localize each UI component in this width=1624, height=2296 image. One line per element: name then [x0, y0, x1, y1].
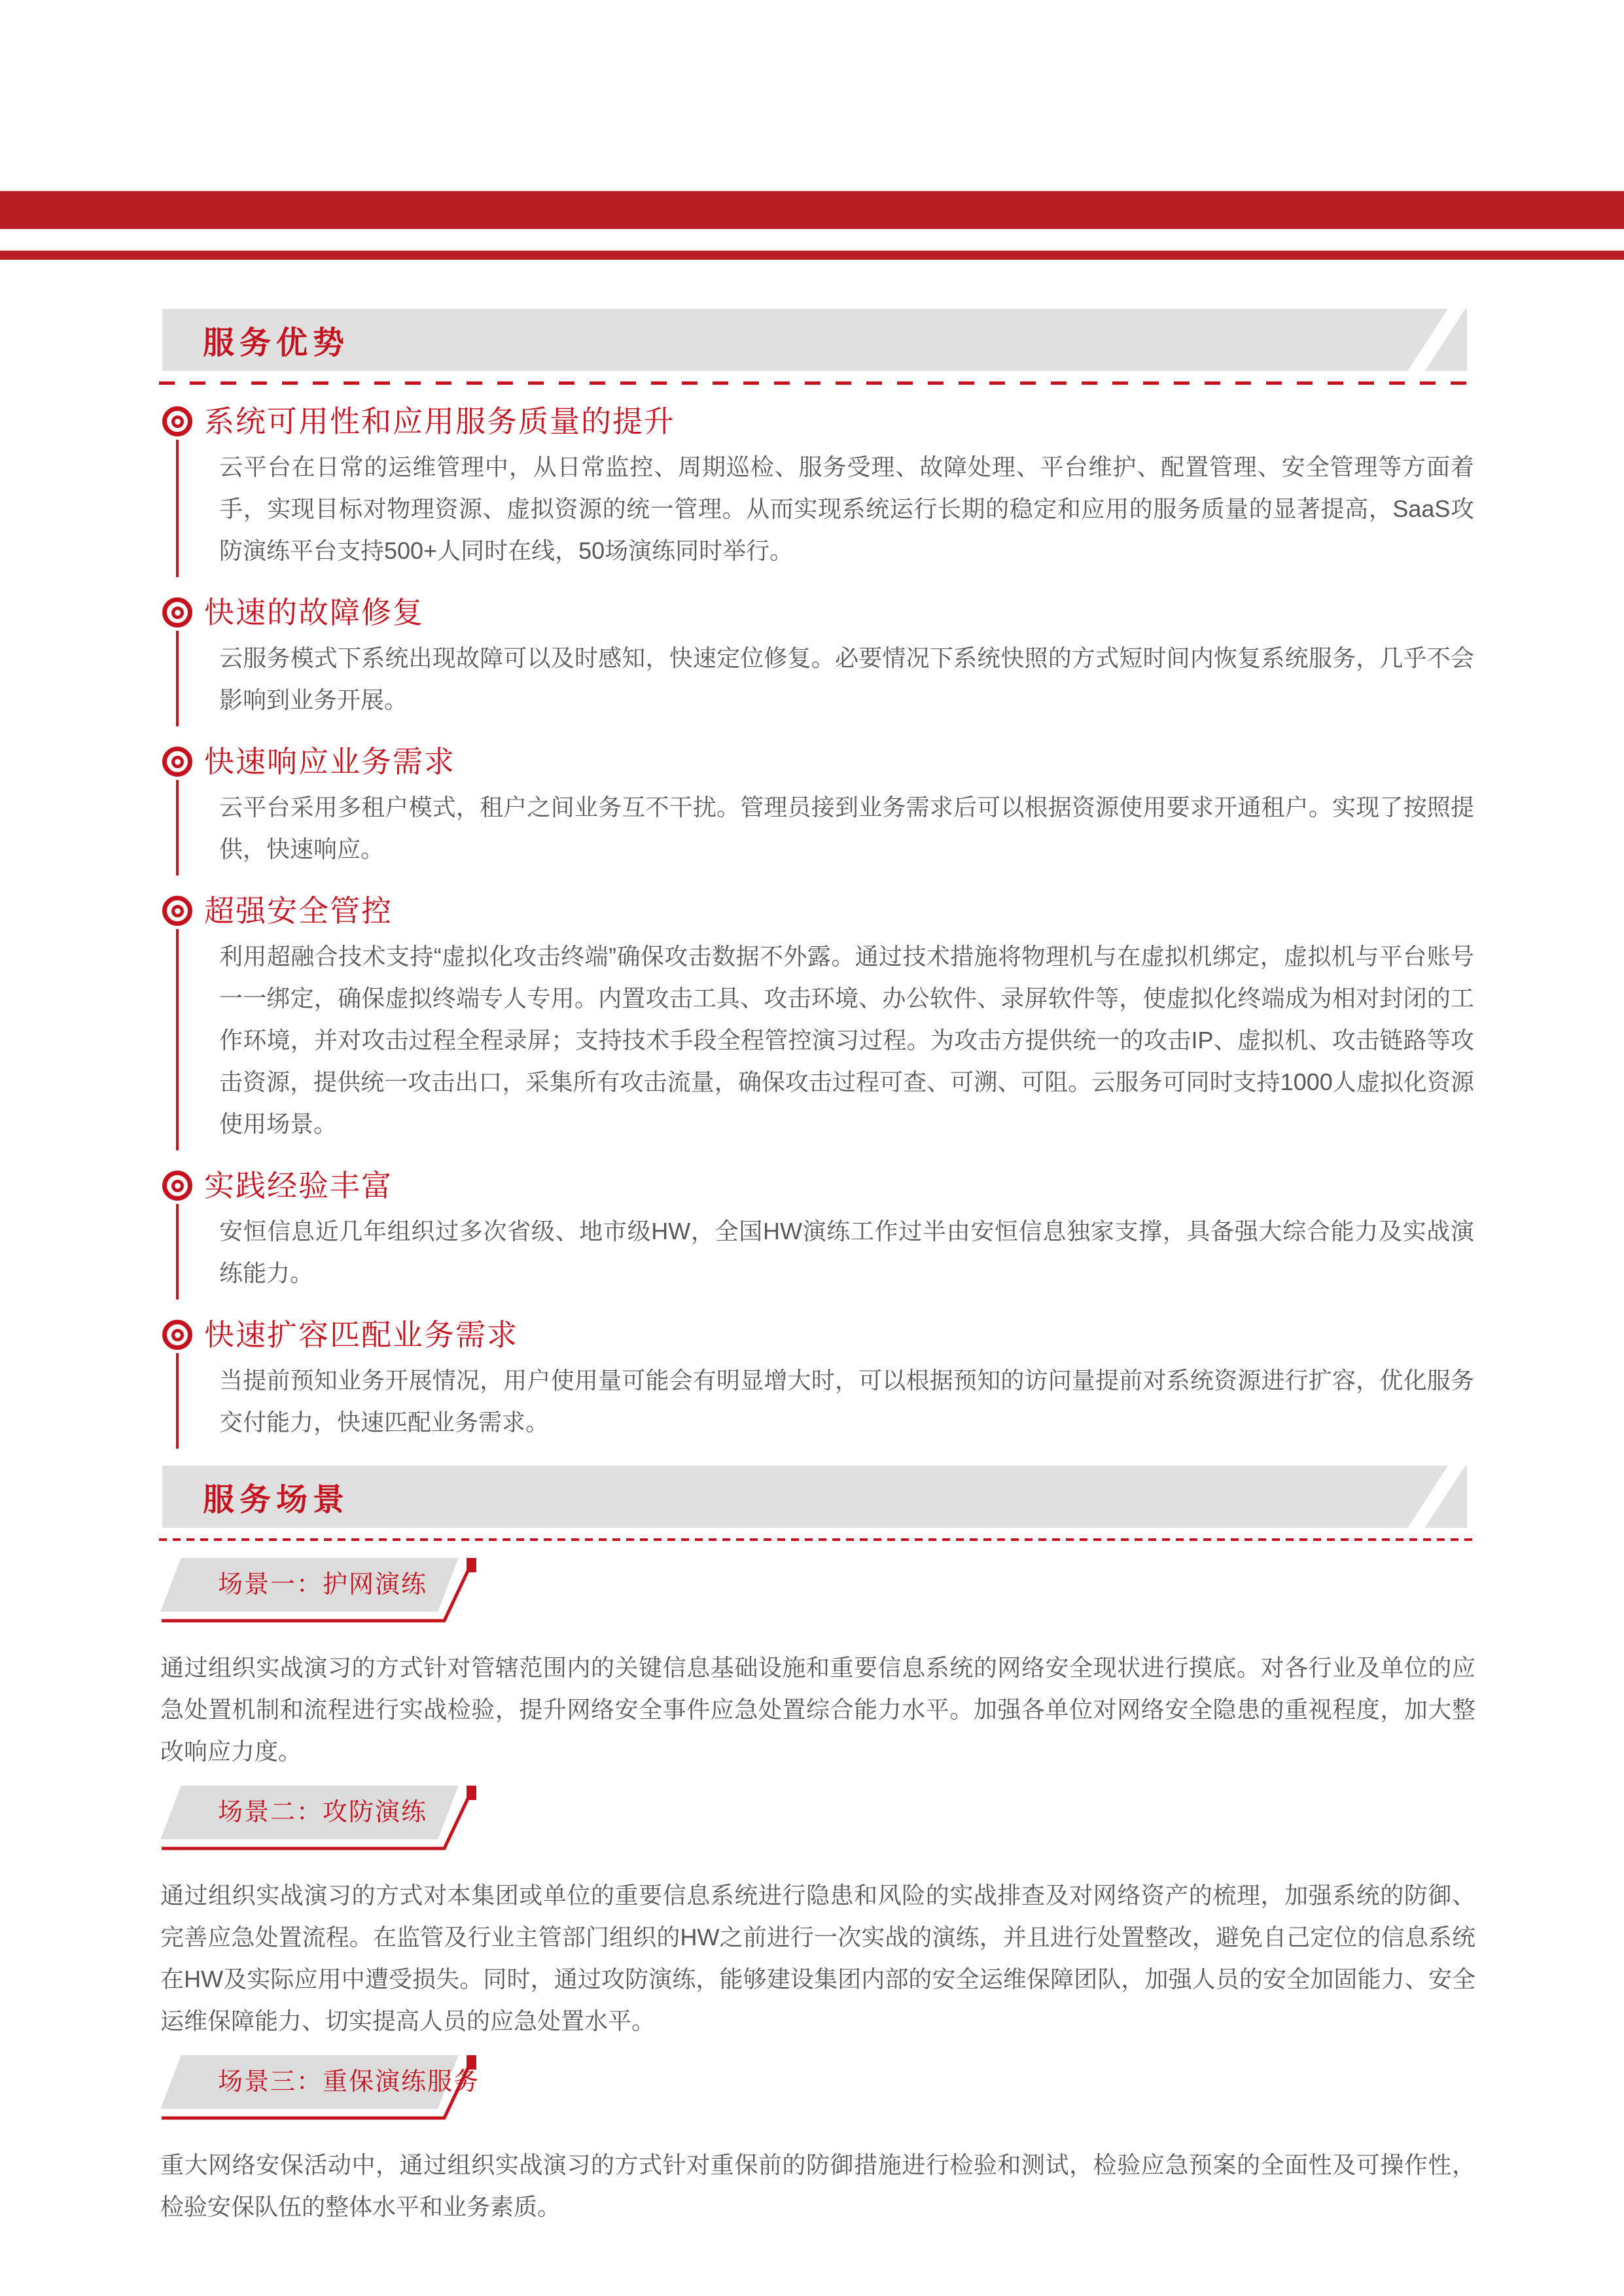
scenario-ribbon: 场景一：护网演练 — [160, 1558, 1475, 1623]
page-content: 服务优势 系统可用性和应用服务质量的提升 云平台在日常的运维管理中，从日常监控、… — [0, 309, 1624, 2228]
brochure-page: 服务优势 系统可用性和应用服务质量的提升 云平台在日常的运维管理中，从日常监控、… — [0, 0, 1624, 2296]
bullseye-icon — [162, 896, 192, 926]
scenario-body: 重大网络安保活动中，通过组织实战演习的方式针对重保前的防御措施进行检验和测试，检… — [160, 2144, 1475, 2228]
advantage-heading: 快速响应业务需求 — [204, 745, 455, 779]
advantage-heading-row: 超强安全管控 — [162, 894, 1476, 928]
advantage-item: 快速响应业务需求 云平台采用多租户模式，租户之间业务互不干扰。管理员接到业务需求… — [162, 745, 1476, 875]
dashed-divider-fine — [159, 1538, 1473, 1541]
advantage-paragraph: 云平台采用多租户模式，租户之间业务互不干扰。管理员接到业务需求后可以根据资源使用… — [219, 786, 1474, 870]
scenario-title: 场景一：护网演练 — [218, 1558, 427, 1612]
advantage-heading: 超强安全管控 — [204, 894, 393, 928]
scenario-item: 场景一：护网演练 通过组织实战演习的方式针对管辖范围内的关键信息基础设施和重要信… — [160, 1558, 1475, 1773]
bullseye-icon — [162, 1320, 192, 1350]
scenario-paragraph: 通过组织实战演习的方式针对管辖范围内的关键信息基础设施和重要信息系统的网络安全现… — [160, 1647, 1475, 1773]
bullseye-icon — [162, 597, 192, 627]
advantage-heading: 系统可用性和应用服务质量的提升 — [204, 404, 675, 438]
top-accent-bar-thick — [0, 191, 1624, 229]
advantage-paragraph: 安恒信息近几年组织过多次省级、地市级HW，全国HW演练工作过半由安恒信息独家支撑… — [219, 1210, 1474, 1294]
advantage-item: 超强安全管控 利用超融合技术支持“虚拟化攻击终端”确保攻击数据不外露。通过技术措… — [162, 894, 1476, 1150]
slash-decoration — [1407, 309, 1466, 371]
advantage-item: 实践经验丰富 安恒信息近几年组织过多次省级、地市级HW，全国HW演练工作过半由安… — [162, 1169, 1476, 1299]
advantage-paragraph: 利用超融合技术支持“虚拟化攻击终端”确保攻击数据不外露。通过技术措施将物理机与在… — [219, 936, 1474, 1145]
advantage-body: 云平台采用多租户模式，租户之间业务互不干扰。管理员接到业务需求后可以根据资源使用… — [176, 780, 1474, 875]
section-title: 服务场景 — [162, 1474, 349, 1519]
advantage-item: 快速扩容匹配业务需求 当提前预知业务开展情况，用户使用量可能会有明显增大时，可以… — [162, 1318, 1476, 1449]
advantage-heading-row: 快速响应业务需求 — [162, 745, 1476, 779]
bullseye-icon — [162, 747, 192, 777]
advantage-heading-row: 快速的故障修复 — [162, 595, 1476, 629]
bullseye-core-icon — [171, 607, 184, 619]
advantage-body: 当提前预知业务开展情况，用户使用量可能会有明显增大时，可以根据预知的访问量提前对… — [176, 1353, 1474, 1449]
scenario-title: 场景二：攻防演练 — [218, 1786, 427, 1839]
advantage-paragraph: 云平台在日常的运维管理中，从日常监控、周期巡检、服务受理、故障处理、平台维护、配… — [219, 446, 1474, 572]
section-banner-advantages: 服务优势 — [162, 309, 1467, 371]
bullseye-core-icon — [171, 415, 184, 428]
advantage-heading-row: 实践经验丰富 — [162, 1169, 1476, 1203]
scenario-item: 场景二：攻防演练 通过组织实战演习的方式对本集团或单位的重要信息系统进行隐患和风… — [160, 1786, 1475, 2042]
advantage-heading-row: 快速扩容匹配业务需求 — [162, 1318, 1476, 1352]
scenario-body: 通过组织实战演习的方式对本集团或单位的重要信息系统进行隐患和风险的实战排查及对网… — [160, 1875, 1475, 2042]
bullseye-core-icon — [171, 756, 184, 768]
bullseye-icon — [162, 406, 192, 436]
advantage-body: 云服务模式下系统出现故障可以及时感知，快速定位修复。必要情况下系统快照的方式短时… — [176, 631, 1474, 726]
bullseye-icon — [162, 1171, 192, 1201]
bullseye-core-icon — [171, 1180, 184, 1192]
advantage-heading: 快速的故障修复 — [204, 595, 424, 629]
top-accent-bar-thin — [0, 251, 1624, 260]
advantage-item: 系统可用性和应用服务质量的提升 云平台在日常的运维管理中，从日常监控、周期巡检、… — [162, 404, 1476, 577]
scenario-item: 场景三：重保演练服务 重大网络安保活动中，通过组织实战演习的方式针对重保前的防御… — [160, 2055, 1475, 2228]
advantage-item: 快速的故障修复 云服务模式下系统出现故障可以及时感知，快速定位修复。必要情况下系… — [162, 595, 1476, 726]
advantage-heading: 快速扩容匹配业务需求 — [204, 1318, 518, 1352]
scenario-paragraph: 通过组织实战演习的方式对本集团或单位的重要信息系统进行隐患和风险的实战排查及对网… — [160, 1875, 1475, 2042]
advantage-heading: 实践经验丰富 — [204, 1169, 393, 1203]
scenario-title: 场景三：重保演练服务 — [218, 2055, 480, 2109]
section-title: 服务优势 — [162, 317, 349, 362]
bullseye-core-icon — [171, 905, 184, 917]
advantage-body: 利用超融合技术支持“虚拟化攻击终端”确保攻击数据不外露。通过技术措施将物理机与在… — [176, 929, 1474, 1150]
scenario-paragraph: 重大网络安保活动中，通过组织实战演习的方式针对重保前的防御措施进行检验和测试，检… — [160, 2144, 1475, 2228]
slash-decoration — [1407, 1466, 1466, 1528]
scenario-ribbon: 场景二：攻防演练 — [160, 1786, 1475, 1851]
scenario-ribbon: 场景三：重保演练服务 — [160, 2055, 1475, 2121]
advantage-body: 云平台在日常的运维管理中，从日常监控、周期巡检、服务受理、故障处理、平台维护、配… — [176, 440, 1474, 577]
scenario-body: 通过组织实战演习的方式针对管辖范围内的关键信息基础设施和重要信息系统的网络安全现… — [160, 1647, 1475, 1773]
advantage-body: 安恒信息近几年组织过多次省级、地市级HW，全国HW演练工作过半由安恒信息独家支撑… — [176, 1204, 1474, 1299]
bullseye-core-icon — [171, 1329, 184, 1341]
advantage-heading-row: 系统可用性和应用服务质量的提升 — [162, 404, 1476, 438]
dashed-divider — [159, 381, 1473, 385]
advantage-paragraph: 云服务模式下系统出现故障可以及时感知，快速定位修复。必要情况下系统快照的方式短时… — [219, 637, 1474, 721]
section-banner-scenarios: 服务场景 — [162, 1466, 1467, 1528]
advantage-paragraph: 当提前预知业务开展情况，用户使用量可能会有明显增大时，可以根据预知的访问量提前对… — [219, 1360, 1474, 1443]
